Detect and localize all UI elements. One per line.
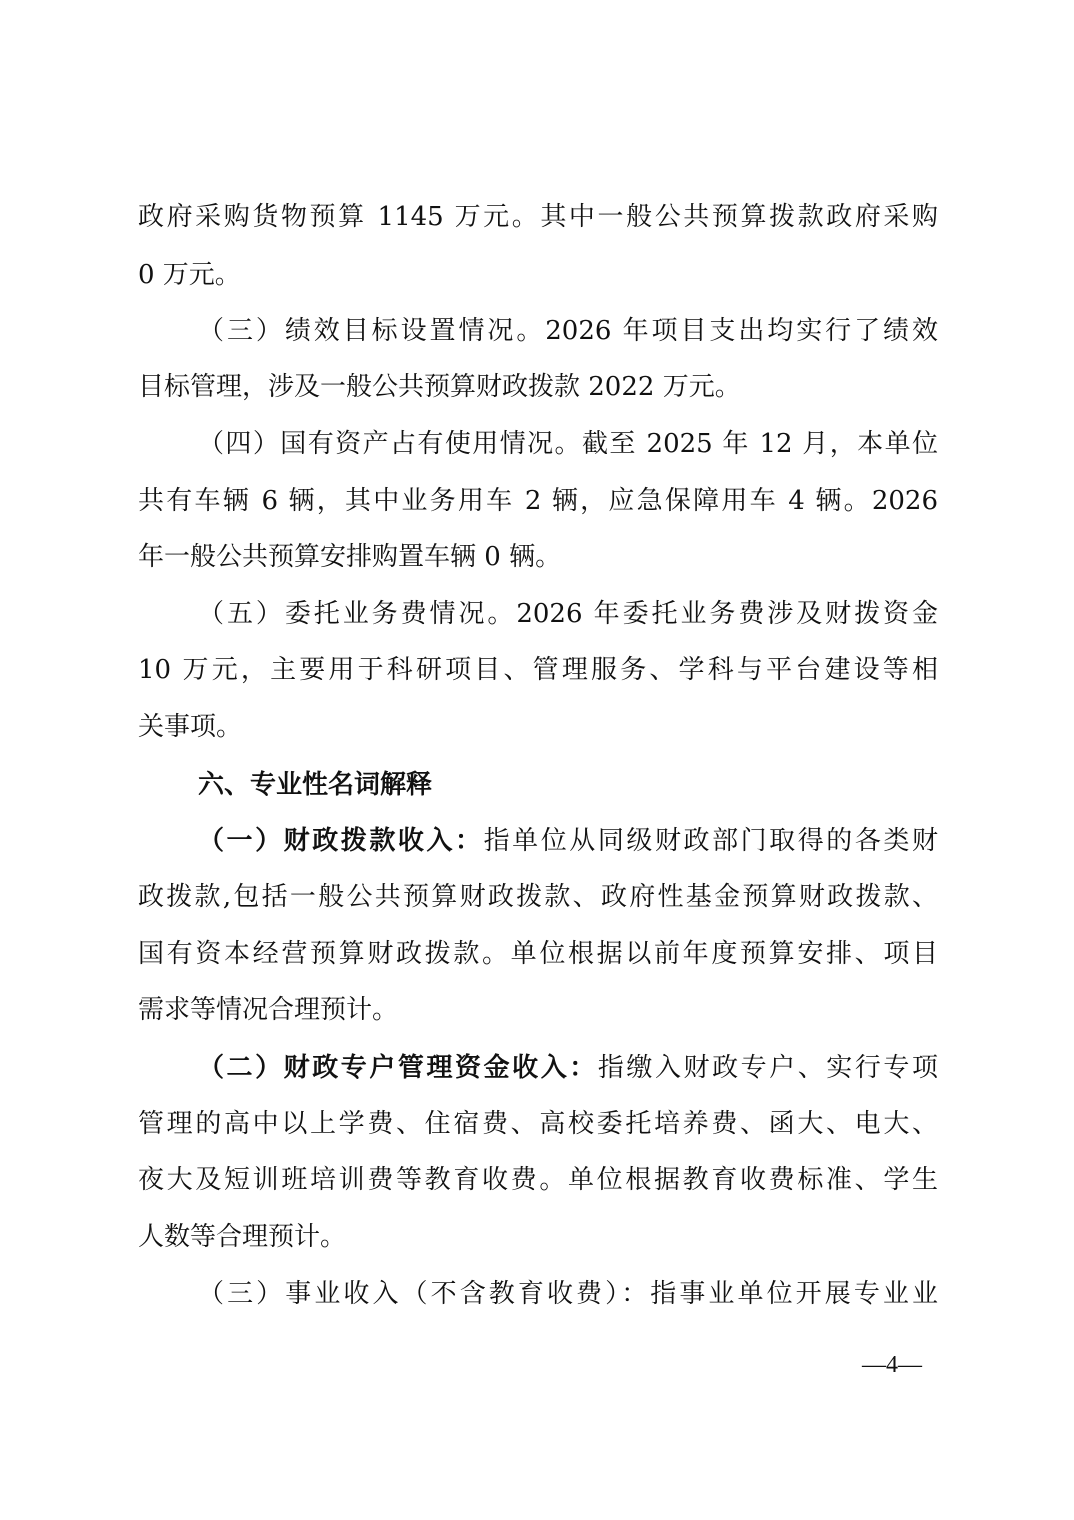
section-four-state-assets: （四）国有资产占有使用情况。截至 2025 年 12 月，本单位 — [198, 415, 938, 473]
page-number: —4— — [862, 1352, 922, 1379]
section-five-commissioned-fees: （五）委托业务费情况。2026 年委托业务费涉及财拨资金 — [198, 585, 938, 643]
term-special-account-funds: （二）财政专户管理资金收入：指缴入财政专户、实行专项 — [198, 1039, 938, 1097]
text-line: 10 万元，主要用于科研项目、管理服务、学科与平台建设等相 — [138, 641, 938, 699]
text-line: 需求等情况合理预计。 — [138, 981, 938, 1039]
text-line: 国有资本经营预算财政拨款。单位根据以前年度预算安排、项目 — [138, 925, 938, 983]
term-definition: 指单位从同级财政部门取得的各类财 — [484, 826, 938, 856]
text-line: 共有车辆 6 辆，其中业务用车 2 辆，应急保障用车 4 辆。2026 — [138, 472, 938, 530]
term-label: （二）财政专户管理资金收入： — [198, 1053, 598, 1083]
term-business-income: （三）事业收入（不含教育收费）：指事业单位开展专业业 — [198, 1265, 938, 1323]
text-line: 0 万元。 — [138, 246, 938, 304]
term-fiscal-appropriation: （一）财政拨款收入：指单位从同级财政部门取得的各类财 — [198, 812, 938, 870]
text-line: 政拨款,包括一般公共预算财政拨款、政府性基金预算财政拨款、 — [138, 868, 938, 926]
term-definition: 指缴入财政专户、实行专项 — [598, 1053, 938, 1083]
text-line: 政府采购货物预算 1145 万元。其中一般公共预算拨款政府采购 — [138, 188, 938, 246]
term-label: （一）财政拨款收入： — [198, 826, 484, 856]
text-line: 目标管理，涉及一般公共预算财政拨款 2022 万元。 — [138, 358, 938, 416]
section-heading-terms: 六、专业性名词解释 — [198, 756, 938, 814]
text-line: 管理的高中以上学费、住宿费、高校委托培养费、函大、电大、 — [138, 1095, 938, 1153]
text-line: 夜大及短训班培训费等教育收费。单位根据教育收费标准、学生 — [138, 1151, 938, 1209]
text-line: 年一般公共预算安排购置车辆 0 辆。 — [138, 528, 938, 586]
text-line: 关事项。 — [138, 698, 938, 756]
section-three-performance-goals: （三）绩效目标设置情况。2026 年项目支出均实行了绩效 — [198, 302, 938, 360]
text-line: 人数等合理预计。 — [138, 1208, 938, 1266]
